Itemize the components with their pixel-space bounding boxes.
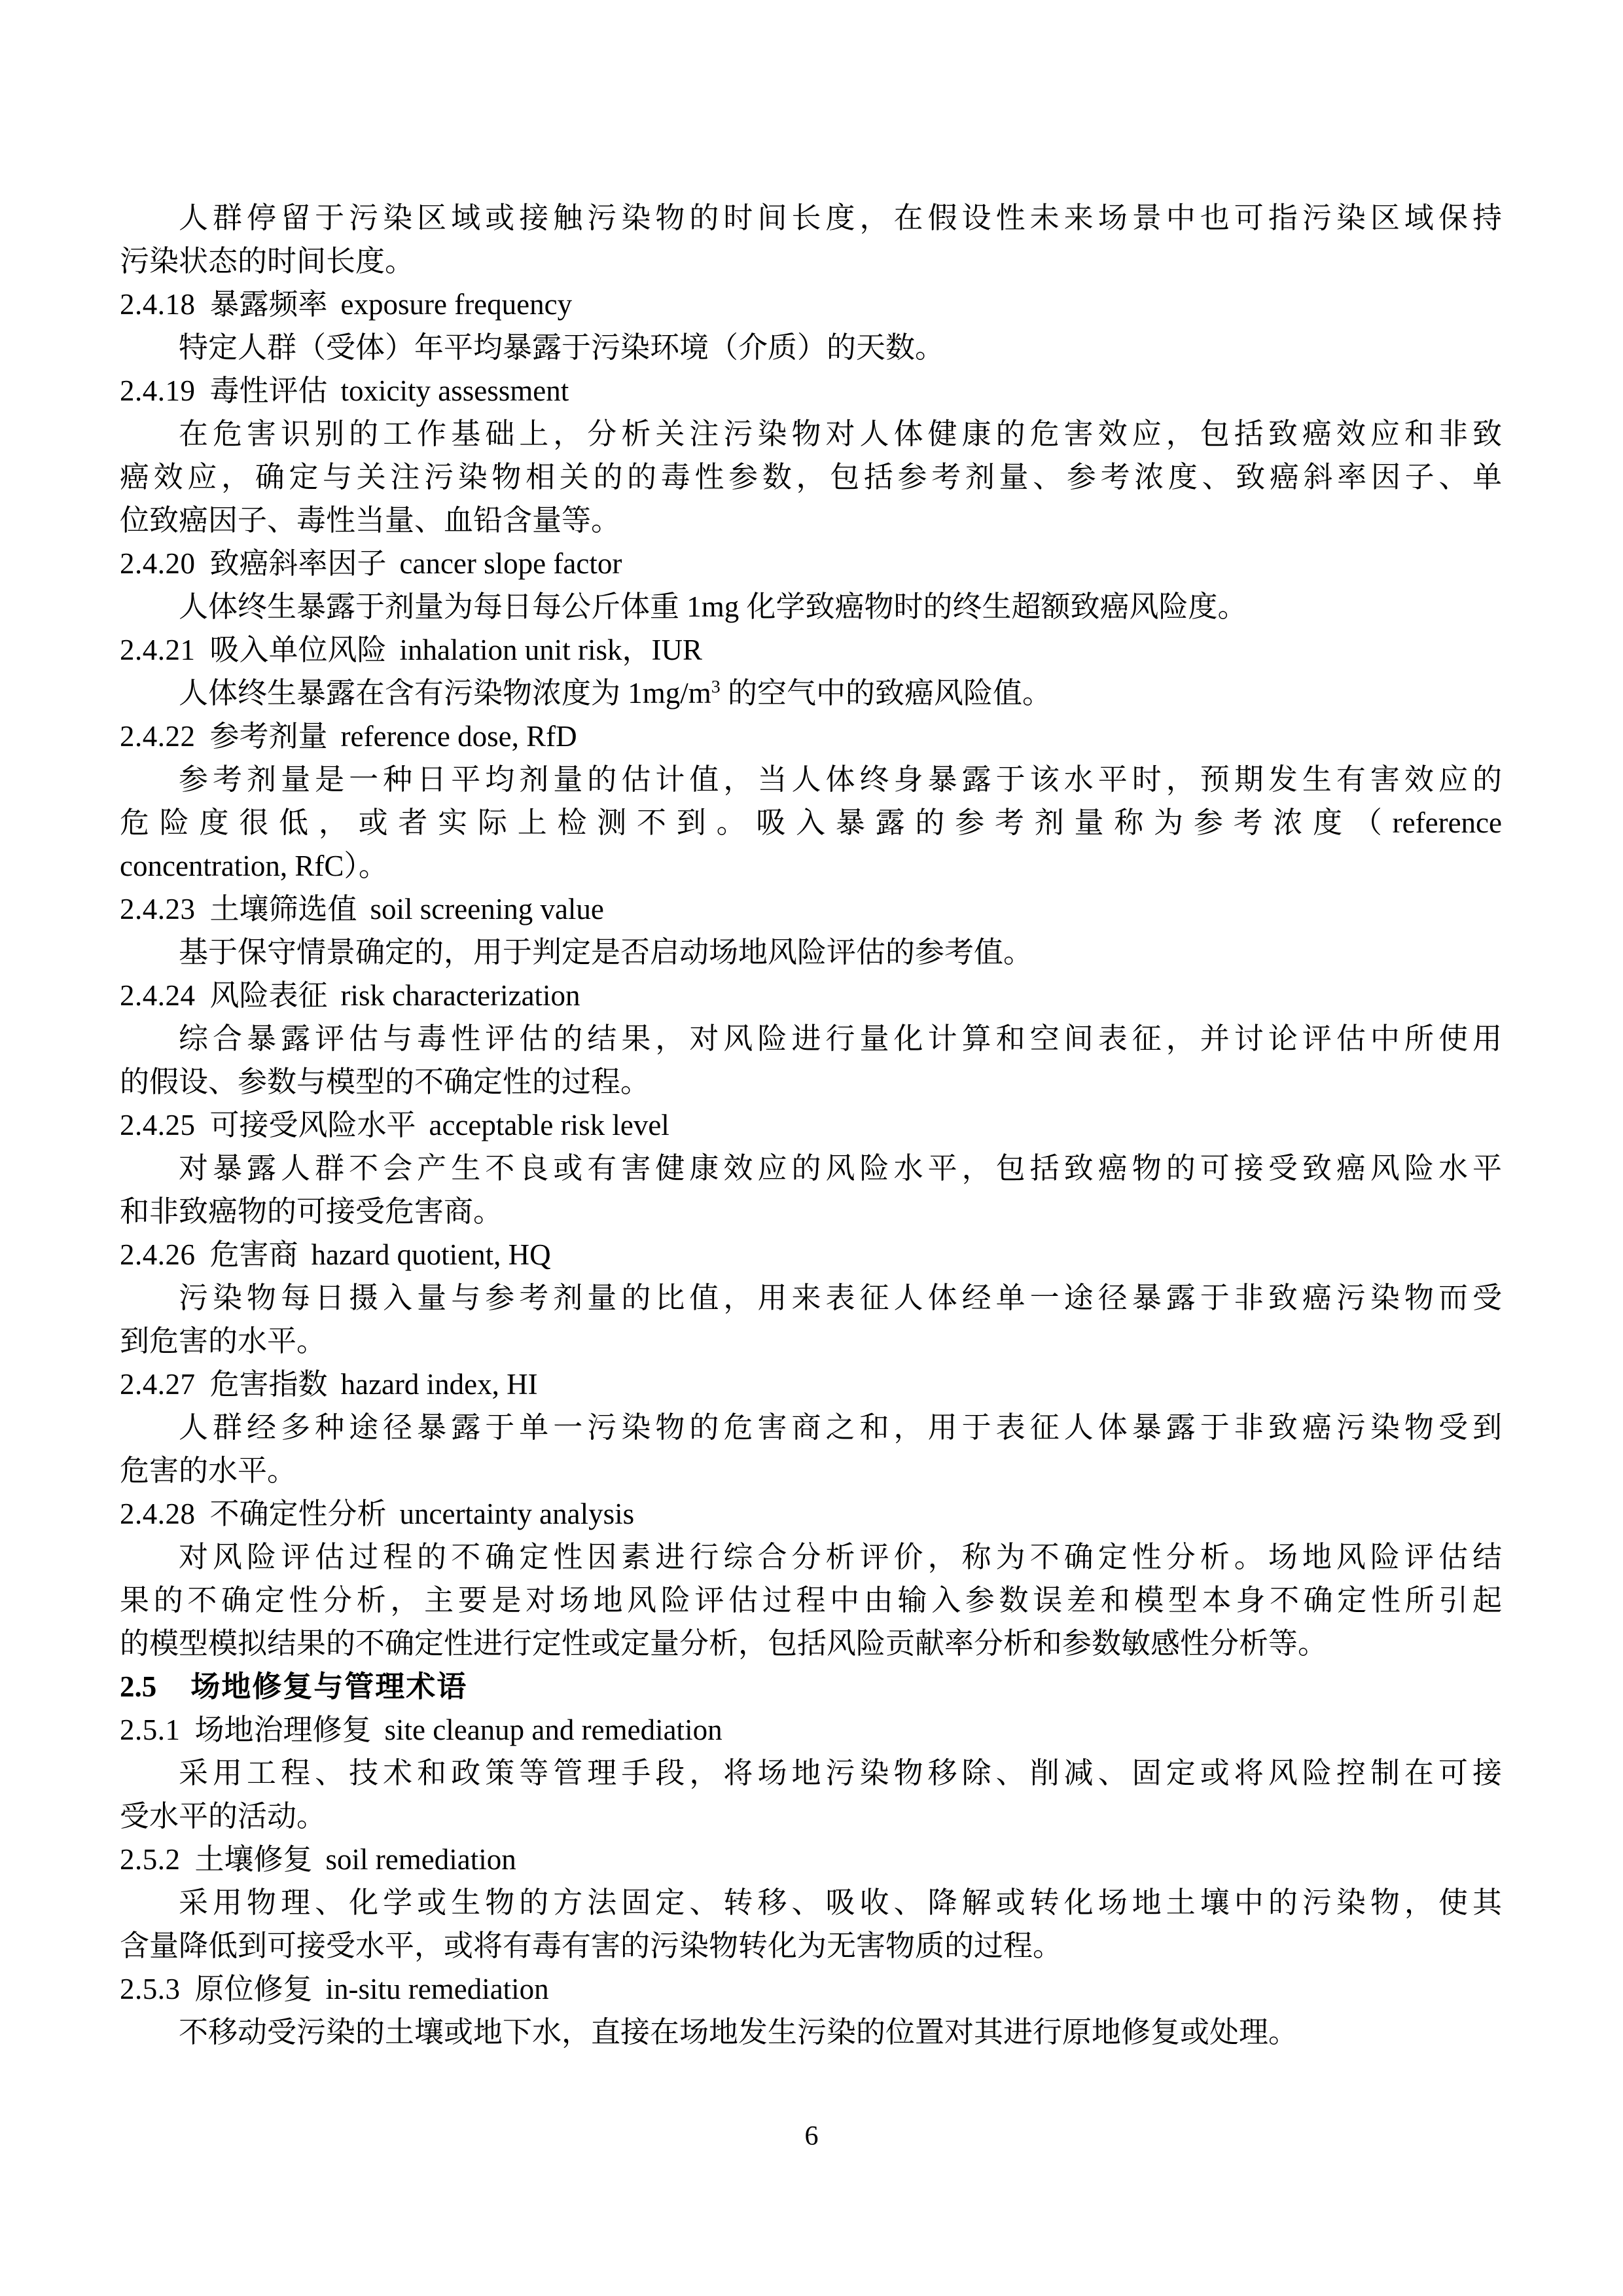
text-line: 的假设、参数与模型的不确定性的过程。	[120, 1060, 1502, 1103]
heading-term-en: hazard index, HI	[341, 1368, 538, 1401]
heading-number: 2.4.25	[120, 1109, 196, 1141]
term-heading: 2.5.2土壤修复soil remediation	[120, 1838, 1502, 1881]
heading-term-cn: 毒性评估	[210, 374, 328, 407]
text-line: 果的不确定性分析，主要是对场地风险评估过程中由输入参数误差和模型本身不确定性所引…	[120, 1579, 1502, 1622]
text-line: 人体终生暴露于剂量为每日每公斤体重 1mg 化学致癌物时的终生超额致癌风险度。	[120, 585, 1502, 628]
text-line: 特定人群（受体）年平均暴露于污染环境（介质）的天数。	[120, 326, 1502, 369]
document-page: 人群停留于污染区域或接触污染物的时间长度，在假设性未来场景中也可指污染区域保持污…	[0, 0, 1623, 2296]
heading-number: 2.4.21	[120, 634, 196, 666]
heading-term-en: uncertainty analysis	[400, 1498, 635, 1530]
paragraph: 采用物理、化学或生物的方法固定、转移、吸收、降解或转化场地土壤中的污染物，使其含…	[120, 1881, 1502, 1967]
heading-term-en: inhalation unit risk，IUR	[400, 634, 702, 666]
heading-term-cn: 风险表征	[210, 979, 328, 1012]
text-line: 在危害识别的工作基础上，分析关注污染物对人体健康的危害效应，包括致癌效应和非致	[120, 412, 1502, 456]
document-content: 人群停留于污染区域或接触污染物的时间长度，在假设性未来场景中也可指污染区域保持污…	[120, 196, 1502, 2054]
heading-number: 2.4.22	[120, 720, 196, 753]
paragraph: 特定人群（受体）年平均暴露于污染环境（介质）的天数。	[120, 326, 1502, 369]
heading-term-cn: 危害指数	[210, 1368, 328, 1401]
text-line: 癌效应，确定与关注污染物相关的的毒性参数，包括参考剂量、参考浓度、致癌斜率因子、…	[120, 456, 1502, 499]
heading-number: 2.5.3	[120, 1973, 181, 2005]
paragraph: 人体终生暴露在含有污染物浓度为 1mg/m3 的空气中的致癌风险值。	[120, 672, 1502, 715]
paragraph: 基于保守情景确定的，用于判定是否启动场地风险评估的参考值。	[120, 931, 1502, 974]
heading-term-cn: 场地治理修复	[195, 1713, 372, 1746]
text-line: 的模型模拟结果的不确定性进行定性或定量分析，包括风险贡献率分析和参数敏感性分析等…	[120, 1622, 1502, 1665]
term-heading: 2.4.19毒性评估toxicity assessment	[120, 369, 1502, 412]
term-heading: 2.4.23土壤筛选值soil screening value	[120, 888, 1502, 931]
heading-term-en: soil remediation	[326, 1843, 516, 1876]
heading-number: 2.4.24	[120, 979, 196, 1012]
heading-number: 2.4.26	[120, 1238, 196, 1271]
heading-term-cn: 参考剂量	[210, 720, 328, 753]
heading-term-cn: 暴露频率	[210, 288, 328, 321]
text-line: 危害的水平。	[120, 1449, 1502, 1492]
text-line: 不移动受污染的土壤或地下水，直接在场地发生污染的位置对其进行原地修复或处理。	[120, 2011, 1502, 2054]
paragraph: 对风险评估过程的不确定性因素进行综合分析评价，称为不确定性分析。场地风险评估结果…	[120, 1535, 1502, 1665]
text-line: 对风险评估过程的不确定性因素进行综合分析评价，称为不确定性分析。场地风险评估结	[120, 1535, 1502, 1579]
text-line: 人群经多种途径暴露于单一污染物的危害商之和，用于表征人体暴露于非致癌污染物受到	[120, 1406, 1502, 1449]
text-line: 污染状态的时间长度。	[120, 240, 1502, 283]
paragraph: 人群经多种途径暴露于单一污染物的危害商之和，用于表征人体暴露于非致癌污染物受到危…	[120, 1406, 1502, 1492]
term-heading: 2.4.20致癌斜率因子cancer slope factor	[120, 542, 1502, 585]
heading-term-en: acceptable risk level	[429, 1109, 669, 1141]
heading-number: 2.5.2	[120, 1843, 181, 1876]
term-heading: 2.4.28不确定性分析uncertainty analysis	[120, 1492, 1502, 1535]
text-line: concentration, RfC）。	[120, 844, 1502, 888]
text-line: 受水平的活动。	[120, 1795, 1502, 1838]
term-heading: 2.4.22参考剂量reference dose, RfD	[120, 715, 1502, 758]
text-line: 污染物每日摄入量与参考剂量的比值，用来表征人体经单一途径暴露于非致癌污染物而受	[120, 1276, 1502, 1319]
text-line: 含量降低到可接受水平，或将有毒有害的污染物转化为无害物质的过程。	[120, 1924, 1502, 1967]
heading-term-cn: 原位修复	[195, 1973, 313, 2005]
text-line: 采用物理、化学或生物的方法固定、转移、吸收、降解或转化场地土壤中的污染物，使其	[120, 1881, 1502, 1924]
text-line: 参考剂量是一种日平均剂量的估计值，当人体终身暴露于该水平时，预期发生有害效应的	[120, 758, 1502, 801]
heading-term-cn: 场地修复与管理术语	[190, 1670, 467, 1703]
heading-term-cn: 土壤修复	[195, 1843, 313, 1876]
heading-term-cn: 吸入单位风险	[210, 634, 387, 666]
text-line: 采用工程、技术和政策等管理手段，将场地污染物移除、削减、固定或将风险控制在可接	[120, 1751, 1502, 1795]
heading-term-en: hazard quotient, HQ	[312, 1238, 551, 1271]
heading-term-cn: 可接受风险水平	[210, 1109, 416, 1141]
heading-number: 2.4.19	[120, 374, 196, 407]
term-heading: 2.5.1场地治理修复site cleanup and remediation	[120, 1708, 1502, 1751]
text-line: 基于保守情景确定的，用于判定是否启动场地风险评估的参考值。	[120, 931, 1502, 974]
heading-number: 2.4.20	[120, 547, 196, 580]
heading-term-en: toxicity assessment	[341, 374, 569, 407]
page-footer: 6	[0, 2119, 1623, 2153]
heading-term-en: reference dose, RfD	[341, 720, 577, 753]
paragraph: 采用工程、技术和政策等管理手段，将场地污染物移除、削减、固定或将风险控制在可接受…	[120, 1751, 1502, 1838]
text-line: 对暴露人群不会产生不良或有害健康效应的风险水平，包括致癌物的可接受致癌风险水平	[120, 1147, 1502, 1190]
text-line: 人体终生暴露在含有污染物浓度为 1mg/m3 的空气中的致癌风险值。	[120, 672, 1502, 715]
heading-term-en: risk characterization	[341, 979, 580, 1012]
text-line: 和非致癌物的可接受危害商。	[120, 1190, 1502, 1233]
heading-term-en: soil screening value	[370, 893, 604, 925]
heading-term-en: site cleanup and remediation	[385, 1713, 722, 1746]
heading-term-cn: 土壤筛选值	[210, 893, 357, 925]
heading-number: 2.4.28	[120, 1498, 196, 1530]
term-heading: 2.5.3原位修复in-situ remediation	[120, 1967, 1502, 2011]
paragraph: 参考剂量是一种日平均剂量的估计值，当人体终身暴露于该水平时，预期发生有害效应的危…	[120, 758, 1502, 888]
heading-term-cn: 致癌斜率因子	[210, 547, 387, 580]
heading-number: 2.5.1	[120, 1713, 181, 1746]
paragraph: 综合暴露评估与毒性评估的结果，对风险进行量化计算和空间表征，并讨论评估中所使用的…	[120, 1017, 1502, 1103]
paragraph: 人体终生暴露于剂量为每日每公斤体重 1mg 化学致癌物时的终生超额致癌风险度。	[120, 585, 1502, 628]
heading-term-en: cancer slope factor	[400, 547, 622, 580]
heading-term-en: exposure frequency	[341, 288, 573, 321]
text-line: 位致癌因子、毒性当量、血铅含量等。	[120, 499, 1502, 542]
term-heading: 2.4.26危害商hazard quotient, HQ	[120, 1233, 1502, 1276]
heading-number: 2.5	[120, 1670, 156, 1703]
term-heading: 2.4.24风险表征risk characterization	[120, 974, 1502, 1017]
text-line: 到危害的水平。	[120, 1319, 1502, 1363]
superscript: 3	[711, 677, 721, 697]
term-heading: 2.4.25可接受风险水平acceptable risk level	[120, 1103, 1502, 1147]
term-heading: 2.4.21吸入单位风险inhalation unit risk，IUR	[120, 628, 1502, 672]
heading-number: 2.4.18	[120, 288, 196, 321]
heading-number: 2.4.27	[120, 1368, 196, 1401]
paragraph: 污染物每日摄入量与参考剂量的比值，用来表征人体经单一途径暴露于非致癌污染物而受到…	[120, 1276, 1502, 1363]
heading-term-en: in-situ remediation	[326, 1973, 549, 2005]
term-heading: 2.4.27危害指数hazard index, HI	[120, 1363, 1502, 1406]
heading-term-cn: 不确定性分析	[210, 1498, 387, 1530]
paragraph: 在危害识别的工作基础上，分析关注污染物对人体健康的危害效应，包括致癌效应和非致癌…	[120, 412, 1502, 542]
section-heading: 2.5场地修复与管理术语	[120, 1665, 1502, 1708]
heading-number: 2.4.23	[120, 893, 196, 925]
paragraph: 对暴露人群不会产生不良或有害健康效应的风险水平，包括致癌物的可接受致癌风险水平和…	[120, 1147, 1502, 1233]
page-number: 6	[805, 2121, 819, 2151]
term-heading: 2.4.18暴露频率exposure frequency	[120, 283, 1502, 326]
paragraph: 人群停留于污染区域或接触污染物的时间长度，在假设性未来场景中也可指污染区域保持污…	[120, 196, 1502, 283]
text-line: 综合暴露评估与毒性评估的结果，对风险进行量化计算和空间表征，并讨论评估中所使用	[120, 1017, 1502, 1060]
text-line: 人群停留于污染区域或接触污染物的时间长度，在假设性未来场景中也可指污染区域保持	[120, 196, 1502, 240]
text-line: 危险度很低，或者实际上检测不到。吸入暴露的参考剂量称为参考浓度（referenc…	[120, 801, 1502, 844]
paragraph: 不移动受污染的土壤或地下水，直接在场地发生污染的位置对其进行原地修复或处理。	[120, 2011, 1502, 2054]
heading-term-cn: 危害商	[210, 1238, 298, 1271]
